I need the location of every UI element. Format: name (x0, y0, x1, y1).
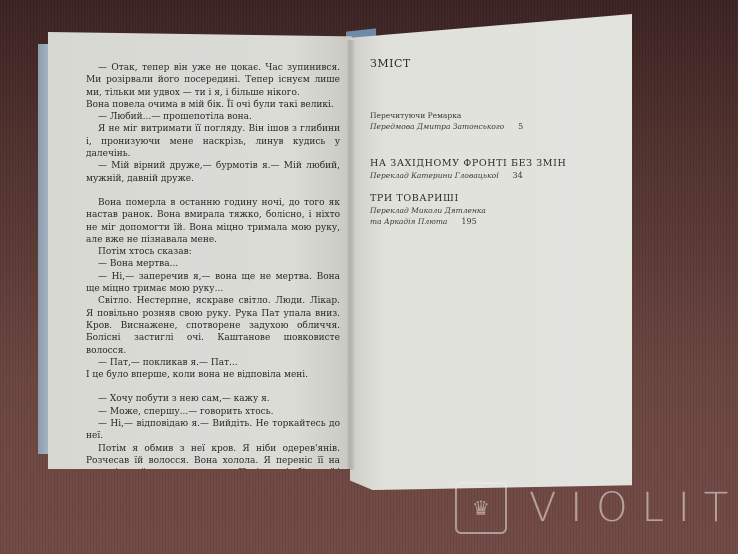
paragraph: — Може, спершу...— говорить хтось. (86, 406, 340, 418)
paragraph: — Пат,— покликав я.— Пат... (86, 357, 340, 369)
book-gutter (347, 40, 355, 470)
paragraph: — Хочу побути з нею сам,— кажу я. (86, 393, 340, 405)
page-body-text: — Отак, тепер він уже не цокає. Час зупи… (86, 62, 340, 553)
paragraph: Світло. Нестерпне, яскраве світло. Люди.… (86, 295, 340, 356)
paragraph: Потім хтось сказав: (86, 246, 340, 258)
paragraph: Потім я обмив з неї кров. Я ніби одерев'… (86, 443, 340, 554)
toc-entry-western-front: НА ЗАХІДНОМУ ФРОНТІ БЕЗ ЗМІН Переклад Ка… (370, 157, 566, 181)
paragraph: — Любий...— прошепотіла вона. (86, 111, 340, 123)
toc-entry-preface: Перечитуючи Ремарка Передмова Дмитра Зат… (370, 110, 523, 132)
toc-entry-three-comrades: ТРИ ТОВАРИШІ Переклад Миколи Дятленка та… (370, 192, 486, 227)
contents-title: ЗМІСТ (370, 57, 411, 70)
crown-icon: ♛ (455, 482, 507, 534)
toc-page-number: 195 (461, 217, 476, 226)
paragraph: І це було вперше, коли вона не відповіла… (86, 369, 340, 381)
toc-entry-heading: ТРИ ТОВАРИШІ (370, 192, 486, 205)
toc-entry-author: Передмова Дмитра Затонського (370, 122, 504, 131)
right-page-contents: ЗМІСТ Перечитуючи Ремарка Передмова Дмит… (350, 14, 632, 490)
paragraph: — Отак, тепер він уже не цокає. Час зупи… (86, 62, 340, 99)
paragraph: Вона повела очима в мій бік. Її очі були… (86, 99, 340, 111)
paragraph: Я не міг витримати її погляду. Він ішов … (86, 123, 340, 160)
paragraph: Вона померла в останню годину ночі, до т… (86, 197, 340, 246)
left-page: — Отак, тепер він уже не цокає. Час зупи… (48, 32, 352, 469)
watermark-text: VIOLITY (529, 485, 738, 531)
toc-entry-translator: Переклад Катерини Гловацької (370, 171, 499, 180)
toc-entry-heading: НА ЗАХІДНОМУ ФРОНТІ БЕЗ ЗМІН (370, 157, 566, 170)
paragraph: — Ні,— заперечив я,— вона ще не мертва. … (86, 271, 340, 296)
toc-entry-title: Перечитуючи Ремарка (370, 110, 523, 121)
paragraph-gap (86, 381, 340, 393)
toc-page-number: 34 (513, 171, 523, 180)
paragraph: — Мій вірний друже,— бурмотів я.— Мій лю… (86, 160, 340, 185)
toc-page-number: 5 (518, 122, 523, 131)
toc-entry-translator: Переклад Миколи Дятленка (370, 205, 486, 216)
paragraph: — Вона мертва... (86, 258, 340, 270)
toc-entry-translator: та Аркадія Плюта (370, 217, 447, 226)
watermark: ♛ VIOLITY (455, 482, 738, 534)
paragraph: — Ні,— відповідаю я.— Вийдіть. Не торкай… (86, 418, 340, 443)
paragraph-gap (86, 185, 340, 197)
